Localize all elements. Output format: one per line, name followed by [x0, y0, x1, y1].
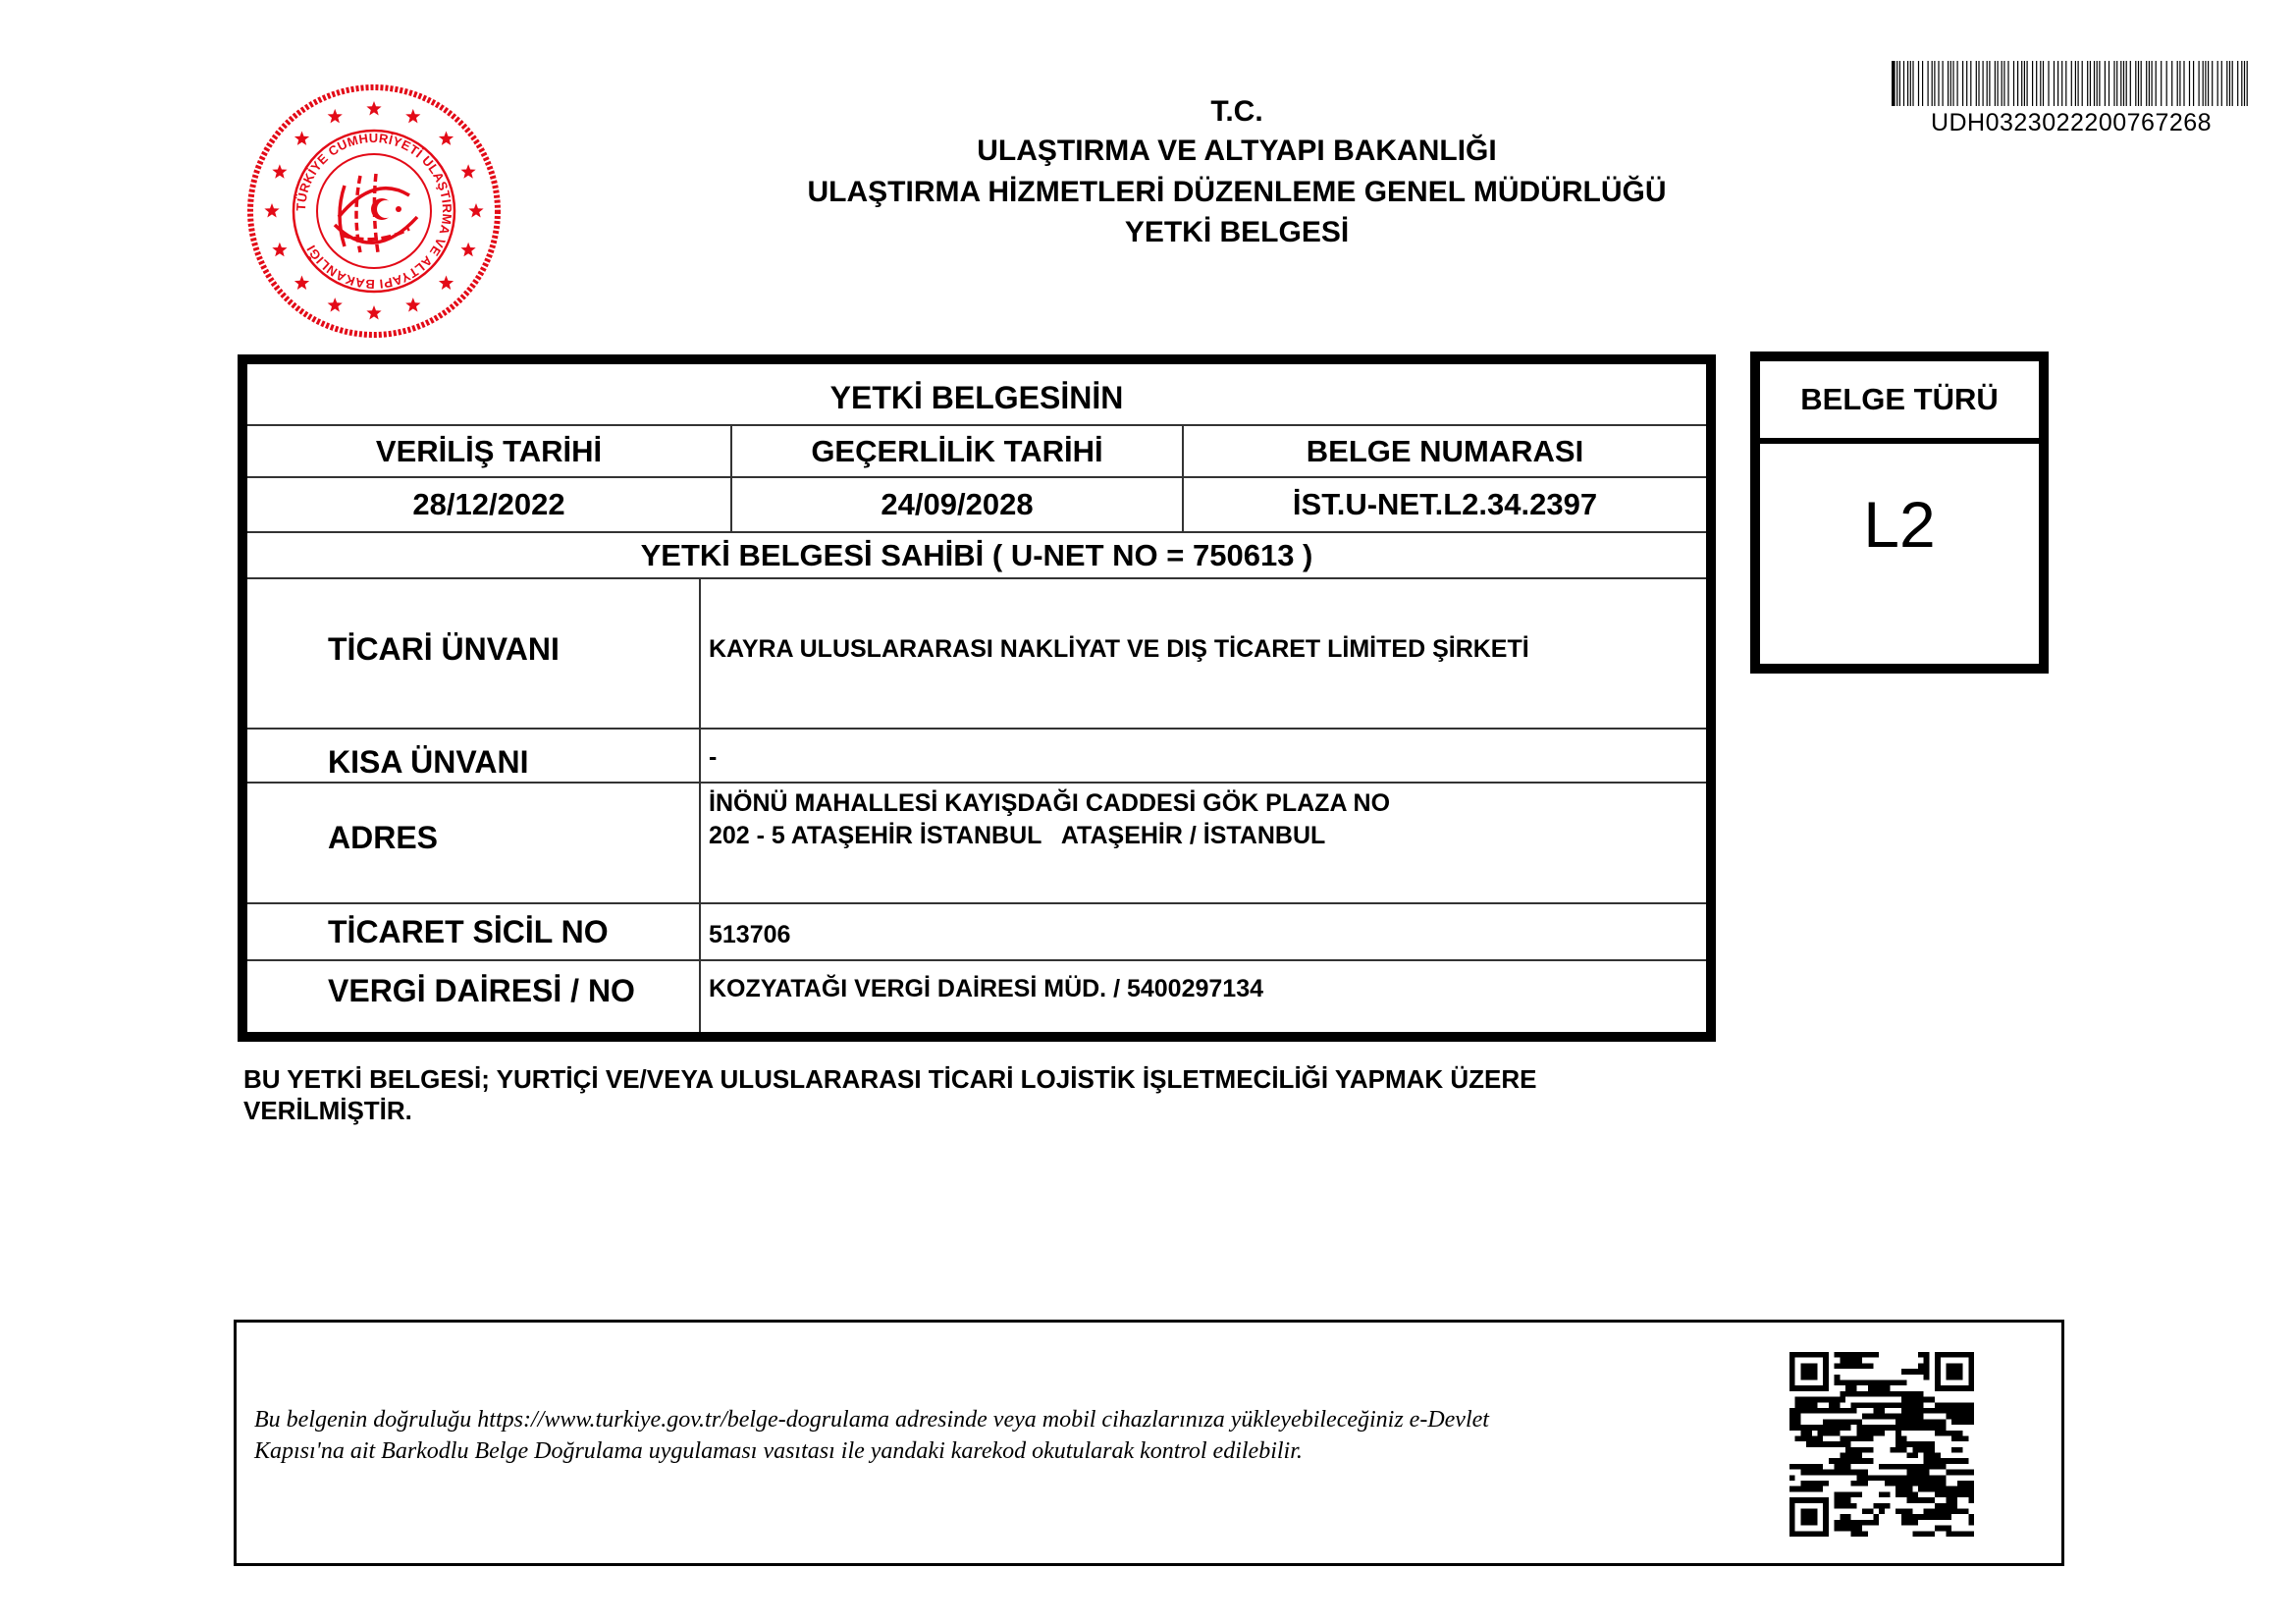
barcode-icon	[1890, 61, 2253, 106]
field-value-trade-registry: 513706	[699, 904, 1706, 959]
field-row: TİCARET SİCİL NO 513706	[247, 904, 1706, 961]
field-row: ADRES İNÖNÜ MAHALLESİ KAYIŞDAĞI CADDESİ …	[247, 784, 1706, 904]
certificate-table: YETKİ BELGESİNİN VERİLİŞ TARİHİ GEÇERLİL…	[238, 354, 1716, 1042]
document-type-value: L2	[1760, 444, 2039, 664]
verification-line-2: Kapısı'na ait Barkodlu Belge Doğrulama u…	[254, 1435, 1746, 1467]
verification-text: Bu belgenin doğruluğu https://www.turkiy…	[254, 1404, 1746, 1467]
field-label-trade-name: TİCARİ ÜNVANI	[247, 579, 699, 728]
issue-date: 28/12/2022	[247, 478, 730, 531]
field-value-tax-office: KOZYATAĞI VERGİ DAİRESİ MÜD. / 540029713…	[699, 961, 1706, 1032]
header-directorate: ULAŞTIRMA HİZMETLERİ DÜZENLEME GENEL MÜD…	[687, 175, 1787, 210]
section-title: YETKİ BELGESİNİN	[247, 364, 1706, 424]
field-label-short-name: KISA ÜNVANI	[247, 730, 699, 782]
field-row: KISA ÜNVANI -	[247, 730, 1706, 784]
col-header-document-number: BELGE NUMARASI	[1182, 426, 1706, 476]
section-title-row: YETKİ BELGESİNİN	[247, 364, 1706, 426]
column-header-row: VERİLİŞ TARİHİ GEÇERLİLİK TARİHİ BELGE N…	[247, 426, 1706, 478]
document-title: YETKİ BELGESİ	[687, 215, 1787, 250]
field-label-tax-office: VERGİ DAİRESİ / NO	[247, 961, 699, 1032]
verification-line-1: Bu belgenin doğruluğu https://www.turkiy…	[254, 1404, 1746, 1435]
statement-line-1: BU YETKİ BELGESİ; YURTİÇİ VE/VEYA ULUSLA…	[243, 1063, 1716, 1095]
col-header-validity-date: GEÇERLİLİK TARİHİ	[730, 426, 1182, 476]
validity-date: 24/09/2028	[730, 478, 1182, 531]
header-country: T.C.	[687, 94, 1787, 130]
field-row: TİCARİ ÜNVANI KAYRA ULUSLARARASI NAKLİYA…	[247, 579, 1706, 730]
verification-box: Bu belgenin doğruluğu https://www.turkiy…	[234, 1320, 2064, 1566]
col-header-issue-date: VERİLİŞ TARİHİ	[247, 426, 730, 476]
owner-title-row: YETKİ BELGESİ SAHİBİ ( U-NET NO = 750613…	[247, 533, 1706, 579]
owner-title: YETKİ BELGESİ SAHİBİ ( U-NET NO = 750613…	[247, 533, 1706, 577]
field-row: VERGİ DAİRESİ / NO KOZYATAĞI VERGİ DAİRE…	[247, 961, 1706, 1032]
column-value-row: 28/12/2022 24/09/2028 İST.U-NET.L2.34.23…	[247, 478, 1706, 533]
field-value-trade-name: KAYRA ULUSLARARASI NAKLİYAT VE DIŞ TİCAR…	[699, 579, 1706, 728]
authorization-statement: BU YETKİ BELGESİ; YURTİÇİ VE/VEYA ULUSLA…	[243, 1063, 1716, 1126]
address-line-1: İNÖNÜ MAHALLESİ KAYIŞDAĞI CADDESİ GÖK PL…	[709, 787, 1390, 820]
field-value-short-name: -	[699, 730, 1706, 782]
statement-line-2: VERİLMİŞTİR.	[243, 1095, 1716, 1126]
document-type-box: BELGE TÜRÜ L2	[1750, 352, 2049, 674]
ministry-seal-icon: TÜRKİYE CUMHURİYETİ ULAŞTIRMA VE ALTYAPI…	[243, 81, 505, 342]
address-line-2: 202 - 5 ATAŞEHİR İSTANBUL ATAŞEHİR / İST…	[709, 820, 1325, 852]
document-type-label: BELGE TÜRÜ	[1760, 361, 2039, 444]
field-label-address: ADRES	[247, 784, 699, 902]
header-ministry: ULAŞTIRMA VE ALTYAPI BAKANLIĞI	[687, 134, 1787, 169]
field-value-address: İNÖNÜ MAHALLESİ KAYIŞDAĞI CADDESİ GÖK PL…	[699, 784, 1706, 902]
barcode-number: UDH0323022200767268	[1890, 109, 2253, 137]
qr-code-icon[interactable]	[1789, 1352, 1974, 1537]
document-number: İST.U-NET.L2.34.2397	[1182, 478, 1706, 531]
field-label-trade-registry: TİCARET SİCİL NO	[247, 904, 699, 959]
